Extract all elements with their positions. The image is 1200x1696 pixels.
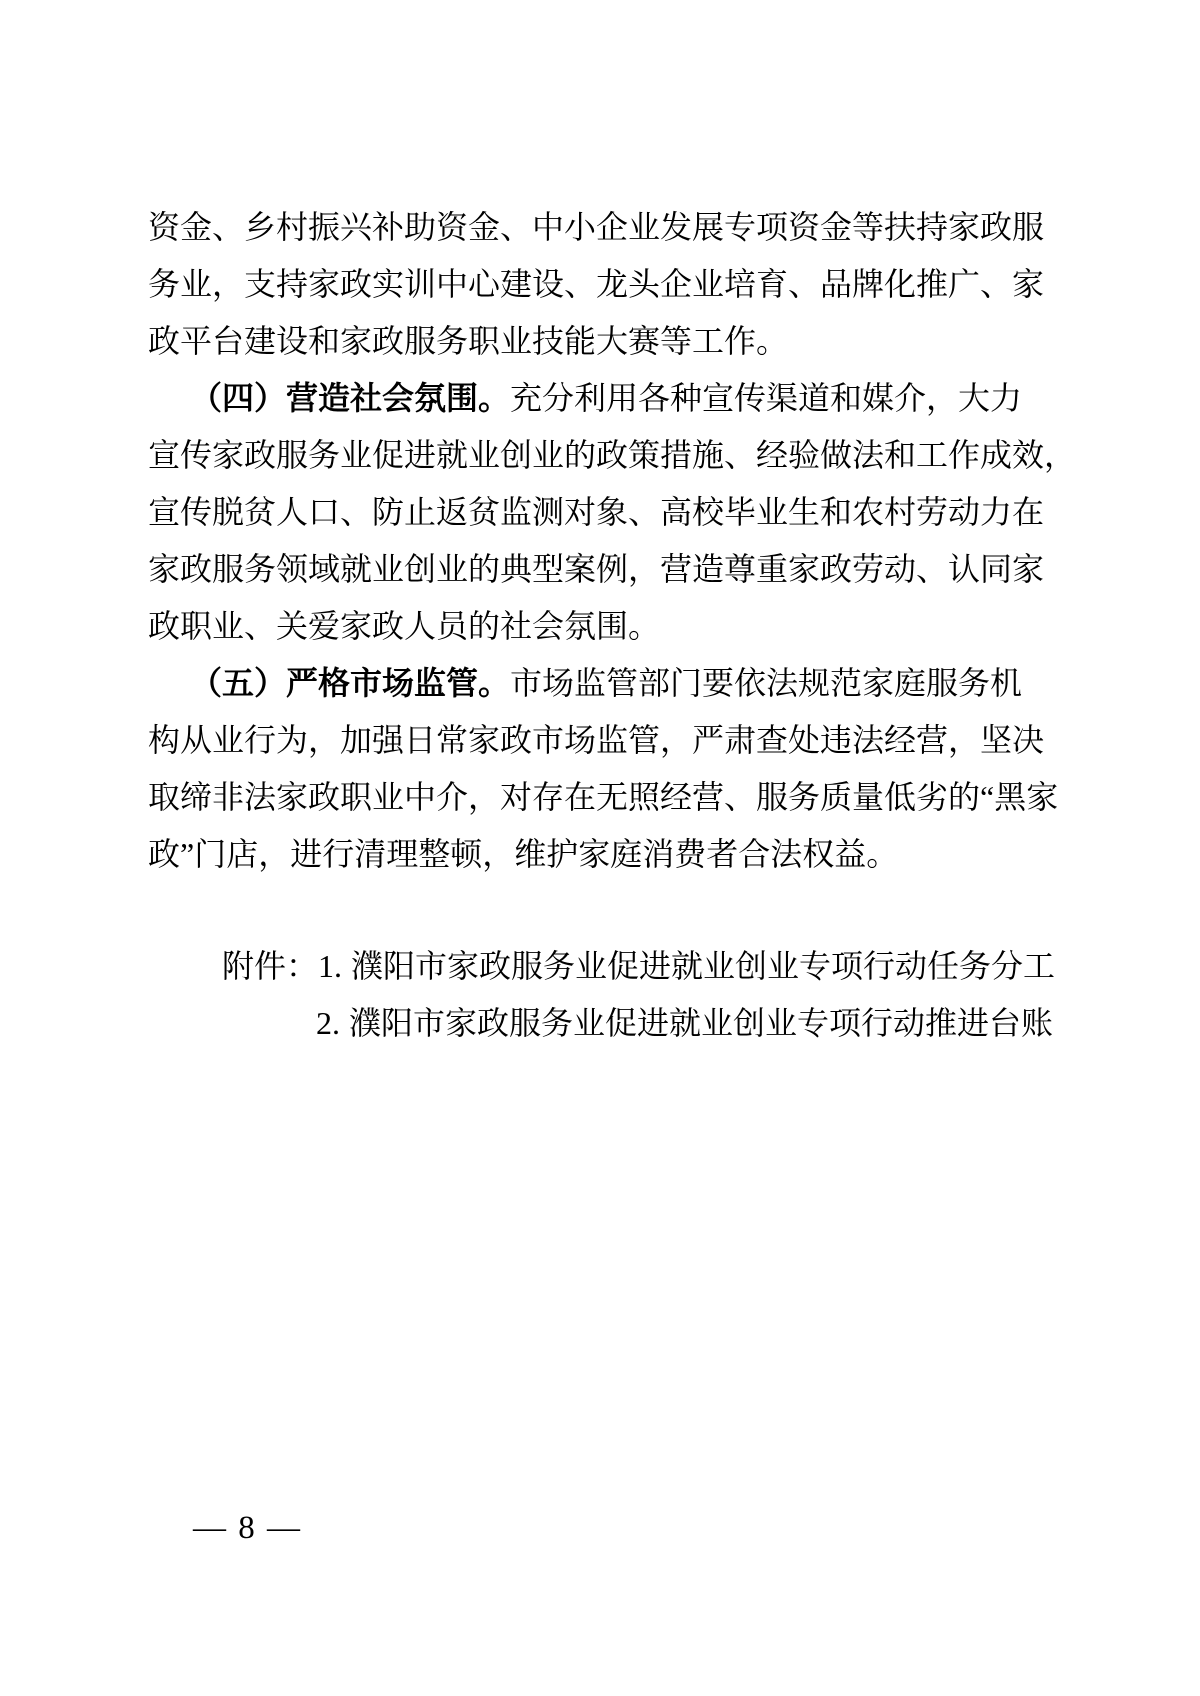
body-line: 政”门店，进行清理整顿，维护家庭消费者合法权益。 [148,826,1048,883]
document-body: 资金、乡村振兴补助资金、中小企业发展专项资金等扶持家政服 务业，支持家政实训中心… [148,199,1048,883]
body-line: 宣传脱贫人口、防止返贫监测对象、高校毕业生和农村劳动力在 [148,484,1048,541]
attachment-item: 附件：1.濮阳市家政服务业促进就业创业专项行动任务分工 [222,938,1055,995]
body-line-text: 市场监管部门要依法规范家庭服务机 [510,665,1022,701]
body-line: 构从业行为，加强日常家政市场监管，严肃查处违法经营，坚决 [148,712,1048,769]
attachment-item-number: 2. [316,995,340,1052]
body-line: 资金、乡村振兴补助资金、中小企业发展专项资金等扶持家政服 [148,199,1048,256]
body-line-section-heading: （五）严格市场监管。市场监管部门要依法规范家庭服务机 [148,655,1048,712]
attachment-item-title: 濮阳市家政服务业促进就业创业专项行动任务分工 [351,948,1055,984]
body-line: 政平台建设和家政服务职业技能大赛等工作。 [148,313,1048,370]
body-line-text: 政职业、关爱家政人员的社会氛围。 [148,608,660,644]
attachment-block: 附件：1.濮阳市家政服务业促进就业创业专项行动任务分工 2.濮阳市家政服务业促进… [222,938,1055,1052]
document-page: 资金、乡村振兴补助资金、中小企业发展专项资金等扶持家政服 务业，支持家政实训中心… [0,0,1200,1696]
body-line: 取缔非法家政职业中介，对存在无照经营、服务质量低劣的“黑家 [148,769,1048,826]
body-line: 宣传家政服务业促进就业创业的政策措施、经验做法和工作成效， [148,427,1048,484]
attachment-item: 2.濮阳市家政服务业促进就业创业专项行动推进台账 [222,995,1055,1052]
body-line-text: 构从业行为，加强日常家政市场监管，严肃查处违法经营，坚决 [148,722,1044,758]
body-line-text: 务业，支持家政实训中心建设、龙头企业培育、品牌化推广、家 [148,266,1044,302]
attachment-label: 附件： [222,938,318,995]
attachment-item-number: 1. [318,938,342,995]
body-line-text: 政平台建设和家政服务职业技能大赛等工作。 [148,323,788,359]
body-line: 务业，支持家政实训中心建设、龙头企业培育、品牌化推广、家 [148,256,1048,313]
body-line-text: 宣传家政服务业促进就业创业的政策措施、经验做法和工作成效， [148,437,1076,473]
section-heading-bold: （四）营造社会氛围。 [190,380,510,416]
body-line-section-heading: （四）营造社会氛围。充分利用各种宣传渠道和媒介，大力 [148,370,1048,427]
section-heading-bold: （五）严格市场监管。 [190,665,510,701]
page-number: — 8 — [193,1506,302,1550]
body-line: 家政服务领域就业创业的典型案例，营造尊重家政劳动、认同家 [148,541,1048,598]
body-line-text: 家政服务领域就业创业的典型案例，营造尊重家政劳动、认同家 [148,551,1044,587]
attachment-item-title: 濮阳市家政服务业促进就业创业专项行动推进台账 [349,1005,1053,1041]
body-line-text: 宣传脱贫人口、防止返贫监测对象、高校毕业生和农村劳动力在 [148,494,1044,530]
body-line: 政职业、关爱家政人员的社会氛围。 [148,598,1048,655]
body-line-text: 充分利用各种宣传渠道和媒介，大力 [510,380,1022,416]
body-line-text: 资金、乡村振兴补助资金、中小企业发展专项资金等扶持家政服 [148,209,1044,245]
body-line-text: 政”门店，进行清理整顿，维护家庭消费者合法权益。 [148,836,898,872]
body-line-text: 取缔非法家政职业中介，对存在无照经营、服务质量低劣的“黑家 [148,779,1058,815]
